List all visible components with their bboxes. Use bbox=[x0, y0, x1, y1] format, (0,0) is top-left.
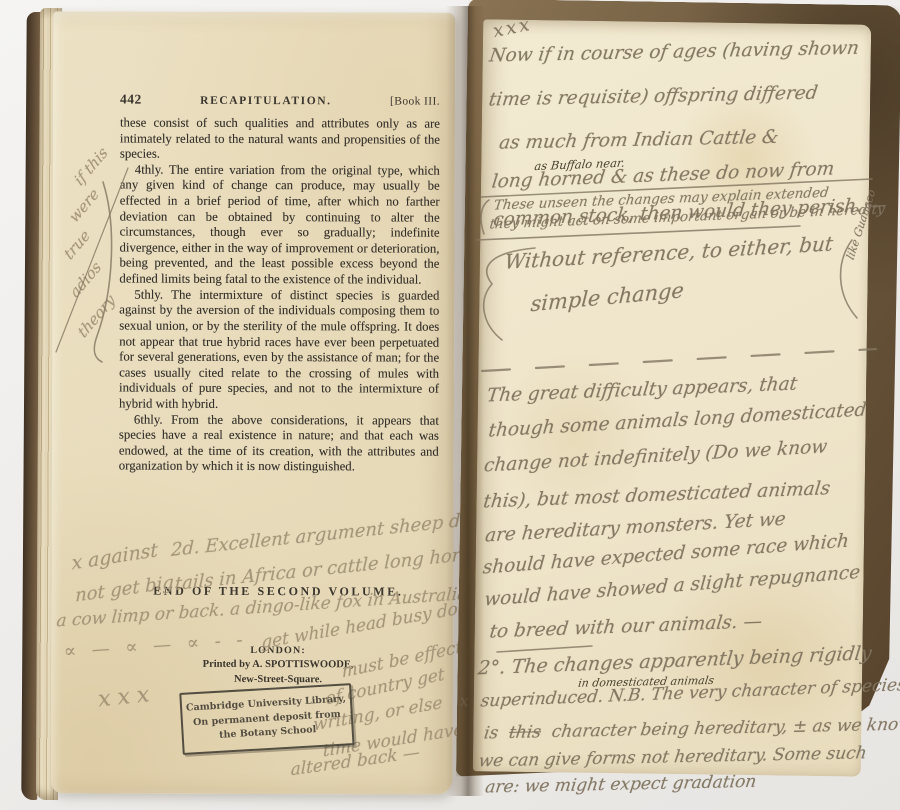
pencil-note: Now if in course of ages (having shown bbox=[488, 38, 860, 67]
pencil-note: The great difficulty appears, that bbox=[486, 374, 799, 407]
struck-pre: is bbox=[483, 723, 500, 743]
pencil-note: time is requisite) offspring differed bbox=[487, 83, 819, 111]
paragraph: these consist of such qualities and attr… bbox=[120, 116, 440, 164]
paragraph: 4thly. The entire variation from the ori… bbox=[119, 162, 439, 288]
margin-note-word: were bbox=[66, 184, 103, 226]
book-photo: 442 RECAPITULATION. [Book III. these con… bbox=[0, 0, 900, 810]
printed-text: these consist of such qualities and attr… bbox=[119, 116, 440, 476]
pencil-note: as much from Indian Cattle & bbox=[498, 127, 780, 154]
paragraph: 5thly. The intermixture of distinct spec… bbox=[119, 287, 439, 413]
right-endpaper: xxx Now if in course of ages (having sho… bbox=[473, 19, 871, 776]
pencil-mark-xxx: xxx bbox=[97, 682, 157, 713]
margin-note-word: adios bbox=[66, 258, 104, 302]
library-stamp: Cambridge University Library, On permane… bbox=[179, 683, 354, 755]
page-header: 442 RECAPITULATION. [Book III. bbox=[120, 92, 440, 109]
pencil-note: this), but most domesticated animals bbox=[482, 478, 831, 512]
left-page: 442 RECAPITULATION. [Book III. these con… bbox=[51, 11, 456, 794]
pencil-note: simple change bbox=[530, 278, 685, 316]
pencil-note: though some animals long domesticated bbox=[488, 399, 868, 441]
gutter-shadow bbox=[446, 6, 484, 796]
margin-note-word: if this bbox=[71, 143, 111, 189]
pencil-note: not get big bbox=[75, 572, 173, 607]
pencil-note: to breed with our animals. — bbox=[488, 611, 763, 643]
pencil-note-struck-line: is this character being hereditary, ± as… bbox=[483, 714, 900, 743]
margin-note-word: true bbox=[61, 226, 94, 263]
page-number: 442 bbox=[120, 92, 142, 108]
pencil-note: x against bbox=[71, 539, 158, 575]
struck-word: this bbox=[508, 722, 543, 743]
book-label: [Book III. bbox=[390, 95, 440, 107]
paragraph: 6thly. From the above considerations, it… bbox=[119, 412, 439, 476]
pencil-note: change not indefinitely (Do we know bbox=[483, 436, 828, 476]
struck-post: character being hereditary, ± as we know bbox=[550, 714, 900, 742]
pencil-note: Without reference, to either, but bbox=[504, 231, 835, 274]
pencil-note: are: we might expect gradation bbox=[484, 772, 758, 798]
pencil-note: we can give forms not hereditary. Some s… bbox=[477, 743, 868, 771]
running-title: RECAPITULATION. bbox=[200, 95, 331, 107]
